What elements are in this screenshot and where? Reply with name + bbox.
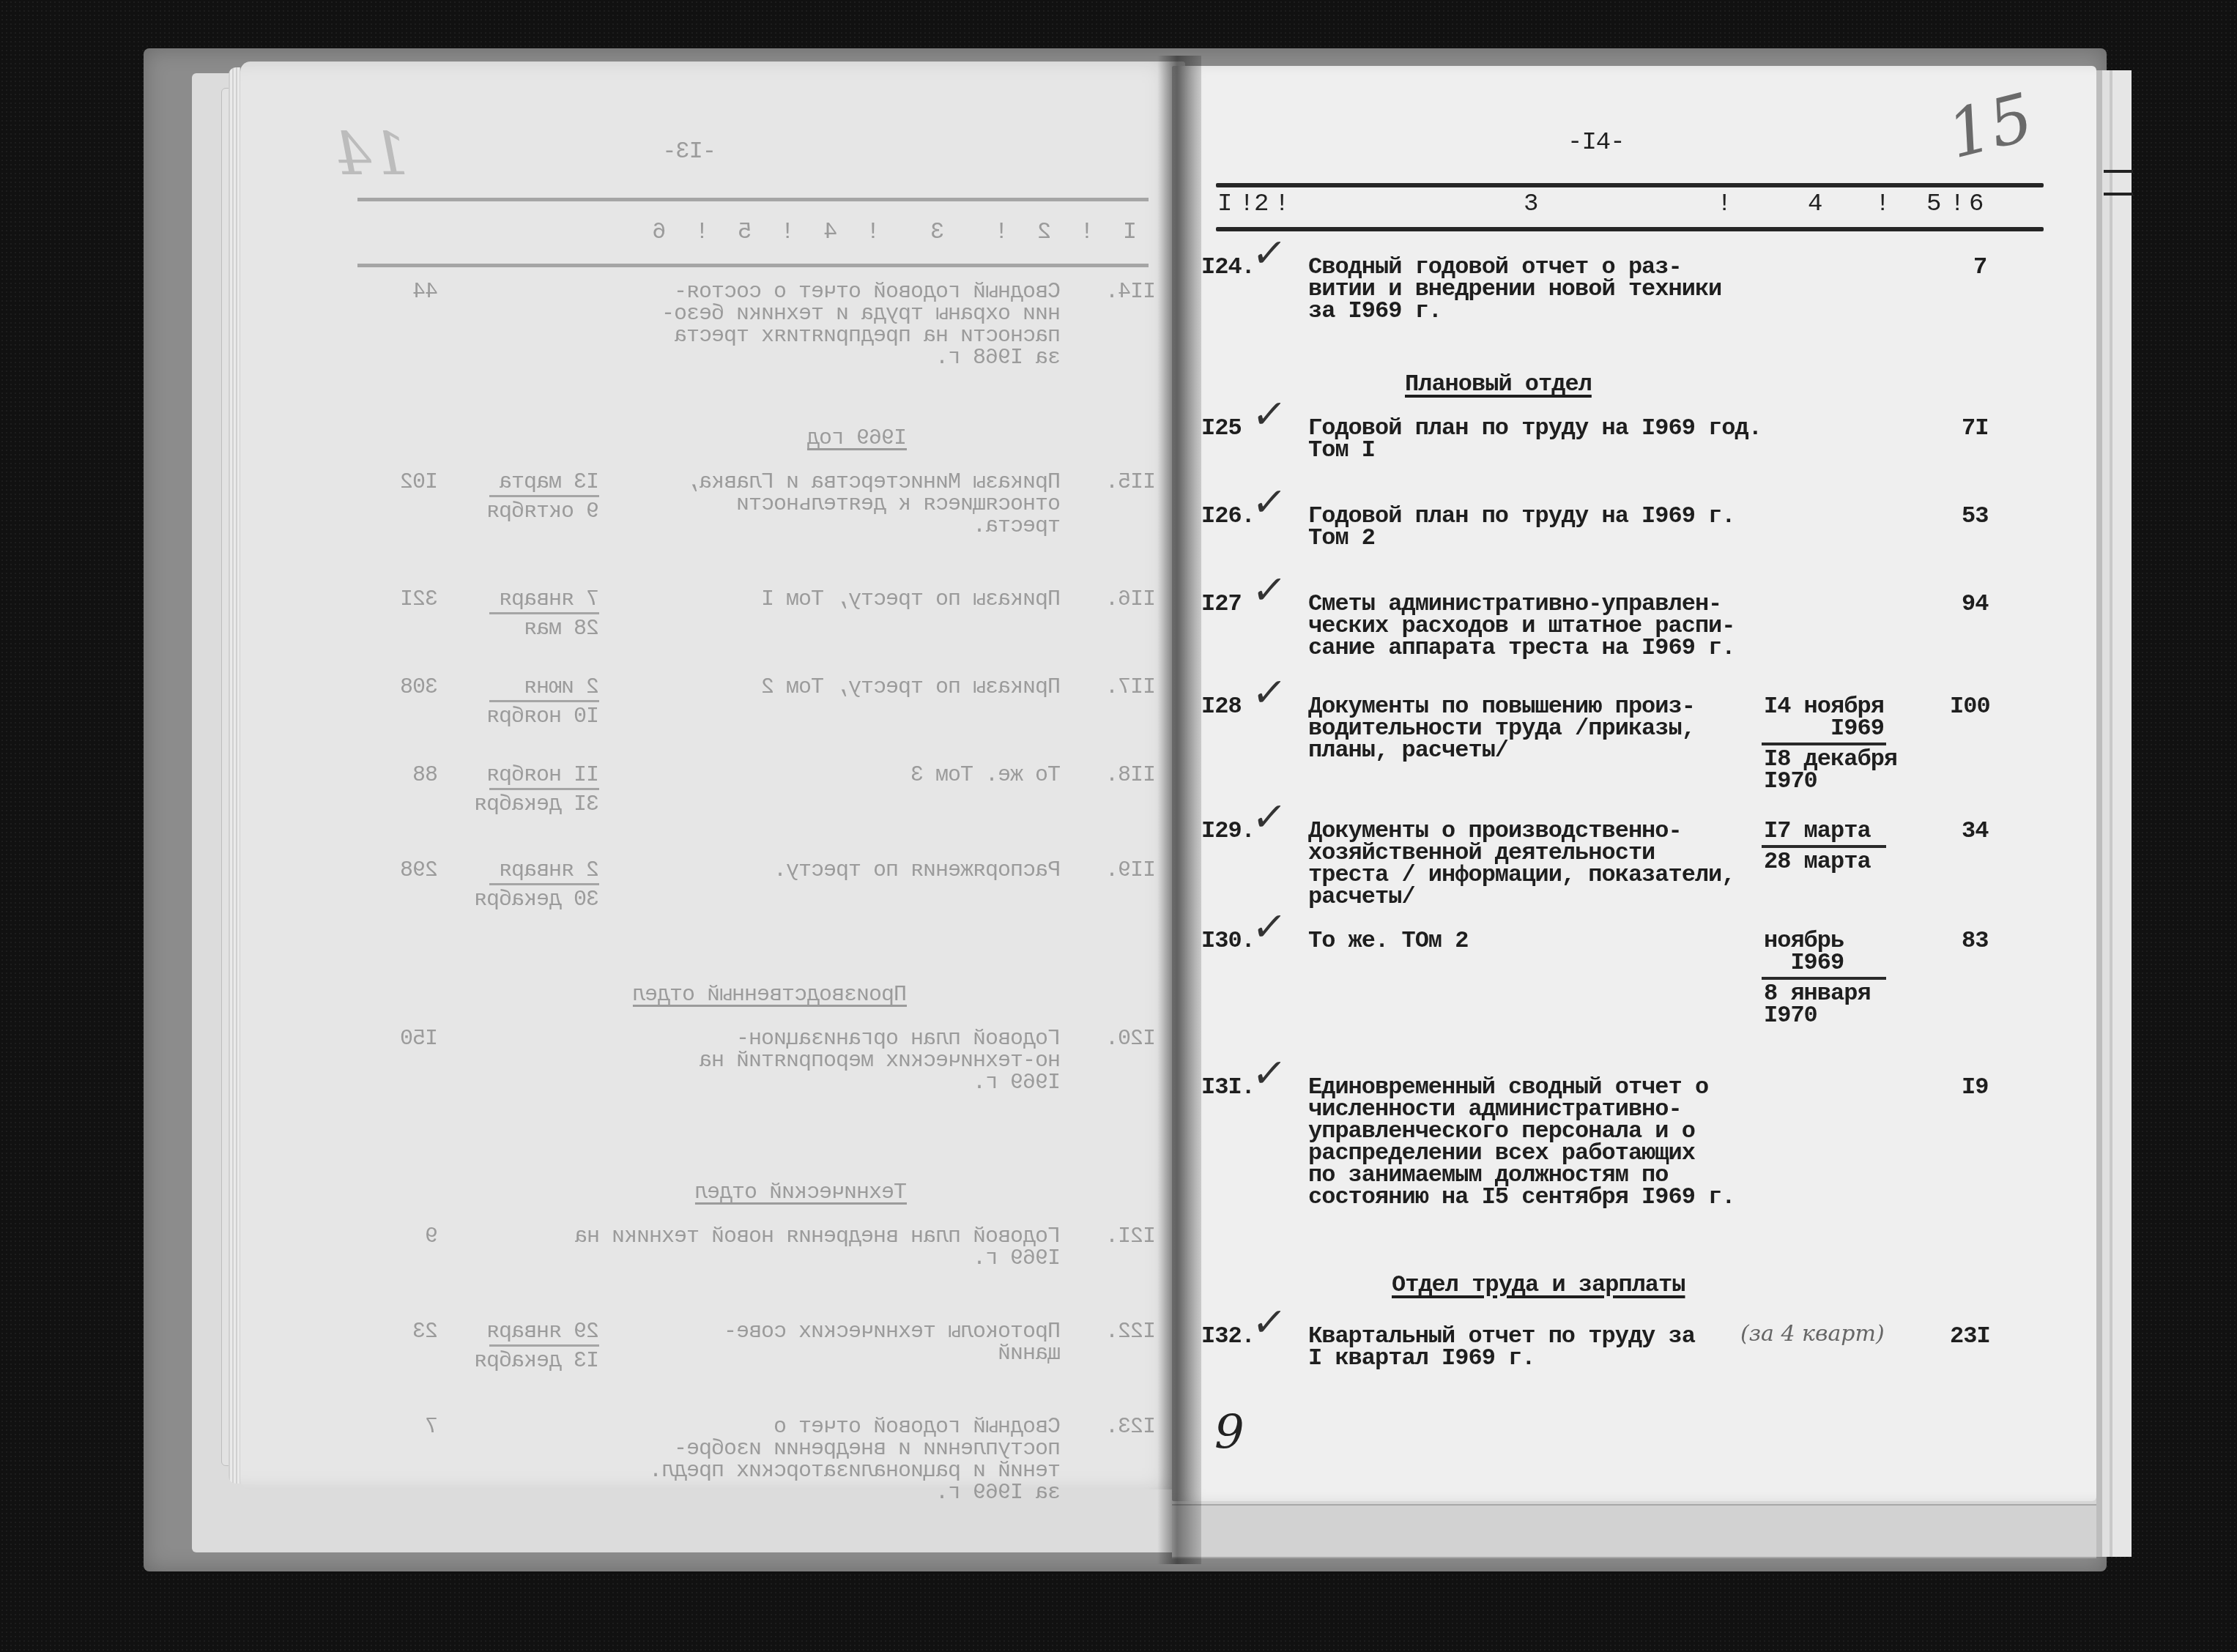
ghost-date-start: 29 января bbox=[487, 1321, 599, 1343]
ghost-section-heading: I969 год bbox=[807, 428, 907, 450]
ghost-entry-title: Годовой план организацион- но-технически… bbox=[700, 1028, 1061, 1094]
ghost-sheet-count: I02 bbox=[401, 472, 438, 494]
entry-number: I26. bbox=[1201, 505, 1255, 527]
ghost-entry-number: II8. bbox=[1106, 764, 1156, 786]
handwritten-note: (за 4 кварт) bbox=[1740, 1321, 1885, 1347]
section-heading: Плановый отдел bbox=[1405, 373, 1592, 395]
sheet-count: 34 bbox=[1962, 820, 1988, 842]
ghost-section-heading: Производственный отдел bbox=[633, 984, 907, 1006]
date-start: ноябрь I969 bbox=[1764, 930, 1844, 974]
handwritten-bottom-mark: 9 bbox=[1214, 1406, 1244, 1460]
date-end: I8 декабря I970 bbox=[1764, 748, 1897, 792]
ghost-entry-number: II9. bbox=[1106, 860, 1156, 882]
ghost-date-divider bbox=[489, 612, 599, 614]
left-page-showthrough: -I3- 14 I ! 2 ! 3 ! 4 ! 5 ! 6 II4.Сводны… bbox=[240, 62, 1185, 1489]
sheet-count: 94 bbox=[1962, 593, 1988, 615]
checkmark-icon: ✓ bbox=[1250, 794, 1289, 840]
ghost-entry-title: Сводный годовой отчет о состоя- нии охра… bbox=[662, 281, 1061, 369]
ghost-sheet-count: 7 bbox=[426, 1416, 438, 1438]
ghost-entry-number: II6. bbox=[1106, 589, 1156, 611]
entry-title: Документы по повышению произ- водительно… bbox=[1308, 696, 1695, 762]
left-column-header: I ! 2 ! 3 ! 4 ! 5 ! 6 bbox=[645, 221, 1137, 243]
date-end: 8 января I970 bbox=[1764, 983, 1871, 1027]
entry-title: Единовременный сводный отчет о численнос… bbox=[1308, 1076, 1735, 1208]
ghost-date-divider bbox=[489, 495, 599, 497]
ghost-sheet-count: 298 bbox=[401, 860, 438, 882]
entry-number: I24. bbox=[1201, 256, 1255, 278]
ghost-entry-title: То же. Том 3 bbox=[911, 764, 1061, 786]
ghost-date-start: I3 марта bbox=[500, 472, 599, 494]
col-sep: ! bbox=[1717, 190, 1732, 218]
header-rule-bottom bbox=[1216, 227, 2044, 231]
entry-title: Сметы административно-управлен- ческих р… bbox=[1308, 593, 1735, 659]
ghost-date-divider bbox=[489, 1344, 599, 1347]
ghost-date-divider bbox=[489, 700, 599, 702]
entry-number: I29. bbox=[1201, 820, 1255, 842]
checkmark-icon: ✓ bbox=[1250, 1299, 1289, 1345]
bottom-page-strip bbox=[1172, 1504, 2096, 1558]
col-sep: ! bbox=[1275, 190, 1289, 218]
ghost-entry-number: II4. bbox=[1106, 281, 1156, 303]
ghost-date-end: 28 мая bbox=[524, 618, 599, 640]
ghost-date-start: 2 июня bbox=[524, 677, 599, 699]
ghost-date-end: 3I декабря bbox=[475, 794, 599, 816]
entry-number: I3I. bbox=[1201, 1076, 1255, 1098]
col-sep: ! bbox=[1875, 190, 1890, 218]
entry-title: Годовой план по труду на I969 год. Том I bbox=[1308, 417, 1762, 461]
ghost-date-end: I0 ноября bbox=[487, 706, 599, 728]
ghost-sheet-count: 308 bbox=[401, 677, 438, 699]
left-header-rule-top bbox=[357, 198, 1149, 201]
checkmark-icon: ✓ bbox=[1250, 1050, 1289, 1096]
ghost-entry-number: II5. bbox=[1106, 472, 1156, 494]
col-header-1: I bbox=[1217, 190, 1232, 218]
left-header-rule-bottom bbox=[357, 264, 1149, 267]
handwritten-folio-number: 15 bbox=[1940, 79, 2041, 174]
entry-title: Сводный годовой отчет о раз- витии и вне… bbox=[1308, 256, 1721, 322]
col-header-5: 5 bbox=[1926, 190, 1941, 218]
sheet-count: 7 bbox=[1973, 256, 1986, 278]
ghost-entry-title: Приказы по тресту, Том 2 bbox=[762, 677, 1061, 699]
sheet-count: 7I bbox=[1962, 417, 1988, 439]
ghost-entry-number: I22. bbox=[1106, 1321, 1156, 1343]
edge-tab-mark bbox=[2104, 170, 2133, 173]
col-header-3: 3 bbox=[1524, 190, 1538, 218]
ghost-date-start: 7 января bbox=[500, 589, 599, 611]
ghost-entry-number: I23. bbox=[1106, 1416, 1156, 1438]
entry-title: Квартальный отчет по труду за I квартал … bbox=[1308, 1325, 1695, 1369]
page-edges bbox=[229, 67, 240, 1484]
spine-gutter-shadow bbox=[1157, 56, 1201, 1564]
ghost-entry-number: I20. bbox=[1106, 1028, 1156, 1050]
ghost-date-start: 2 января bbox=[500, 860, 599, 882]
entry-number: I25 bbox=[1201, 417, 1242, 439]
left-page-number: -I3- bbox=[663, 141, 716, 163]
checkmark-icon: ✓ bbox=[1250, 669, 1289, 715]
ghost-entry-number: II7. bbox=[1106, 677, 1156, 699]
page-number: -I4- bbox=[1568, 132, 1625, 154]
sheet-count: I00 bbox=[1950, 696, 1990, 718]
ghost-date-divider bbox=[489, 883, 599, 885]
ghost-entry-title: Протоколы технических сове- щаний bbox=[724, 1321, 1061, 1365]
right-page: -I4- 15 I ! 2 ! 3 ! 4 ! 5 ! 6 I24.✓Сводн… bbox=[1172, 66, 2096, 1501]
section-heading: Отдел труда и зарплаты bbox=[1392, 1274, 1685, 1296]
ghost-section-heading: Технический отдел bbox=[695, 1182, 907, 1204]
col-header-4: 4 bbox=[1808, 190, 1822, 218]
entry-title: Годовой план по труду на I969 г. Том 2 bbox=[1308, 505, 1735, 549]
left-handwritten-folio: 14 bbox=[334, 120, 409, 188]
date-start: I7 марта bbox=[1764, 820, 1871, 842]
ghost-date-start: II ноября bbox=[487, 764, 599, 786]
left-page: -I3- 14 I ! 2 ! 3 ! 4 ! 5 ! 6 II4.Сводны… bbox=[240, 62, 1185, 1489]
date-start: I4 ноября I969 bbox=[1764, 696, 1884, 740]
sheet-count: 23I bbox=[1950, 1325, 1990, 1347]
right-page-edges bbox=[2096, 70, 2132, 1557]
ghost-sheet-count: I50 bbox=[401, 1028, 438, 1050]
checkmark-icon: ✓ bbox=[1250, 391, 1289, 437]
ghost-date-end: 30 декабря bbox=[475, 889, 599, 911]
ghost-date-end: 9 октября bbox=[487, 501, 599, 523]
ghost-sheet-count: 23 bbox=[413, 1321, 438, 1343]
ghost-sheet-count: 32I bbox=[401, 589, 438, 611]
entry-number: I32. bbox=[1201, 1325, 1255, 1347]
ghost-sheet-count: 44 bbox=[413, 281, 438, 303]
entry-title: То же. ТОм 2 bbox=[1308, 930, 1468, 952]
sheet-count: 53 bbox=[1962, 505, 1988, 527]
ghost-entry-title: Распоряжения по тресту. bbox=[774, 860, 1061, 882]
entry-number: I30. bbox=[1201, 930, 1255, 952]
ghost-entry-title: Годовой план внедрения новой техники на … bbox=[575, 1226, 1061, 1270]
ghost-entry-number: I2I. bbox=[1106, 1226, 1156, 1248]
entry-number: I27 bbox=[1201, 593, 1242, 615]
edge-tab-mark bbox=[2104, 193, 2133, 196]
ghost-sheet-count: 88 bbox=[413, 764, 438, 786]
col-header-6: 6 bbox=[1969, 190, 1984, 218]
sheet-count: I9 bbox=[1962, 1076, 1988, 1098]
ghost-sheet-count: 9 bbox=[426, 1226, 438, 1248]
checkmark-icon: ✓ bbox=[1250, 230, 1289, 276]
checkmark-icon: ✓ bbox=[1250, 479, 1289, 525]
entry-number: I28 bbox=[1201, 696, 1242, 718]
checkmark-icon: ✓ bbox=[1250, 567, 1289, 613]
col-sep: ! bbox=[1950, 190, 1965, 218]
entry-title: Документы о производственно- хозяйственн… bbox=[1308, 820, 1735, 908]
header-rule-top bbox=[1216, 183, 2044, 187]
ghost-entry-title: Приказы по тресту, Том I bbox=[762, 589, 1061, 611]
ghost-date-divider bbox=[489, 788, 599, 790]
ghost-entry-title: Приказы Министерства и Главка, относящие… bbox=[687, 472, 1061, 537]
col-header-2: 2 bbox=[1254, 190, 1269, 218]
sheet-count: 83 bbox=[1962, 930, 1988, 952]
col-sep: ! bbox=[1239, 190, 1254, 218]
checkmark-icon: ✓ bbox=[1250, 904, 1289, 950]
ghost-entry-title: Сводный годовой отчет о поступлении и вн… bbox=[650, 1416, 1061, 1504]
ghost-date-end: I3 декабря bbox=[475, 1350, 599, 1372]
date-end: 28 марта bbox=[1764, 851, 1871, 873]
